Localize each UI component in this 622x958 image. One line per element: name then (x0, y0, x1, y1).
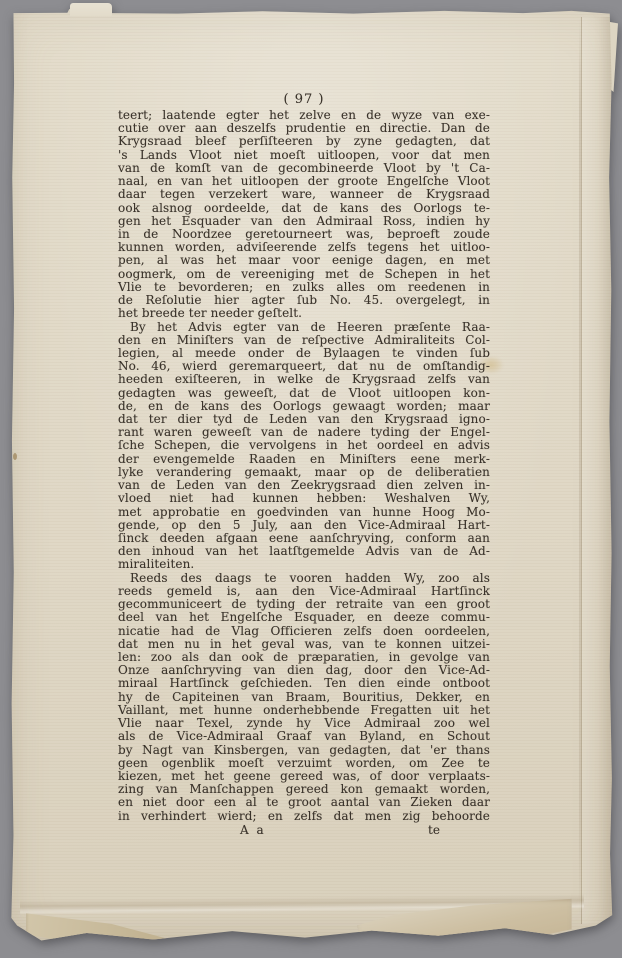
text-line: dat men nu in het geval was, van te konn… (118, 638, 490, 651)
text-line: oogmerk, om de vereeniging met de Schepe… (118, 268, 490, 281)
right-edge-strip (581, 17, 613, 923)
text-line: miraliteiten. (118, 558, 490, 571)
text-line: geen ogenblik moeſt verzuimt worden, om … (118, 757, 490, 770)
text-line: vloed niet had kunnen hebben: Weshalven … (118, 492, 490, 505)
text-line: het breede ter needer geſtelt. (118, 307, 490, 320)
scan-background: { "page": { "page_number": "( 97 )", "pa… (0, 0, 622, 958)
paragraph: By het Advis egter van de Heeren præſent… (118, 321, 490, 572)
right-fold-crease (579, 17, 581, 919)
text-line: ſche Schepen, die vervolgens in het oord… (118, 439, 490, 452)
signature-mark: A a (240, 824, 266, 837)
text-line: met approbatie en goedvinden van hunne H… (118, 506, 490, 519)
paper-sheet-wrap: ( 97 ) teert; laatende egter het zelve e… (8, 8, 614, 948)
text-line: Krygsraad bleef perſiſteeren by zyne ged… (118, 135, 490, 148)
paper-speck (13, 453, 17, 460)
paragraph: Reeds des daags te vooren hadden Wy, zoo… (118, 572, 490, 823)
page-number: ( 97 ) (118, 92, 490, 107)
text-line: hy de Capiteinen van Braam, Bouritius, D… (118, 691, 490, 704)
text-line: miraal Hartſinck geſchieden. Ten dien ei… (118, 677, 490, 690)
text-line: deel van het Engelſche Esquader, en deez… (118, 611, 490, 624)
text-line: en niet door een al te groot aantal van … (118, 796, 490, 809)
paragraph: teert; laatende egter het zelve en de wy… (118, 109, 490, 321)
text-line: gen het Esquader van den Admiraal Ross, … (118, 215, 490, 228)
text-line: 's Lands Vloot niet moeſt uitloopen, voo… (118, 149, 490, 162)
text-line: By het Advis egter van de Heeren præſent… (118, 321, 490, 334)
text-line: als de Vice-Admiraal Graaf van Byland, e… (118, 730, 490, 743)
text-line: nicatie had de Vlag Officieren zelfs doe… (118, 625, 490, 638)
text-block: teert; laatende egter het zelve en de wy… (118, 109, 490, 823)
torn-edge-tab (70, 3, 112, 16)
text-line: den en Miniſters van de reſpective Admir… (118, 334, 490, 347)
text-line: ook alsnog oordeelde, dat de kans des Oo… (118, 202, 490, 215)
bottom-crease (20, 894, 584, 915)
text-line: gedagten was geweeſt, dat de Vloot uitlo… (118, 387, 490, 400)
paper-sheet: ( 97 ) teert; laatende egter het zelve e… (8, 8, 614, 948)
text-line: by Nagt van Kinsbergen, van gedagten, da… (118, 744, 490, 757)
text-line: daar tegen verzekert ware, wanneer de Kr… (118, 188, 490, 201)
page-content: ( 97 ) teert; laatende egter het zelve e… (118, 92, 490, 842)
text-line: der evengemelde Raaden en Miniſters eene… (118, 453, 490, 466)
bottom-left-fold (26, 901, 181, 945)
text-line: heeden exiſteeren, in welke de Krygsraad… (118, 373, 490, 386)
text-line: Reeds des daags te vooren hadden Wy, zoo… (118, 572, 490, 585)
catchword: te (428, 824, 440, 837)
text-line: pen, al was het maar voor eenige dagen, … (118, 254, 490, 267)
signature-row: A a te (118, 824, 490, 842)
bottom-right-fold (357, 897, 572, 943)
text-line: in verhindert wierd; en zelfs dat men zi… (118, 810, 490, 823)
